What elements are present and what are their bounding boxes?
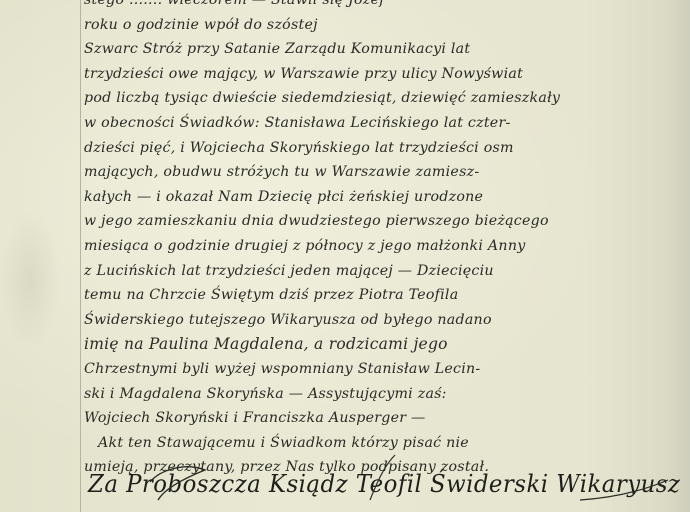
text-line-4: trzydzieści owe mający, w Warszawie przy… bbox=[84, 62, 688, 87]
text-line-7: dzieści pięć, i Wojciecha Skoryńskiego l… bbox=[84, 136, 688, 161]
text-line-5: pod liczbą tysiąc dwieście siedemdziesią… bbox=[84, 86, 688, 111]
text-line-6: w obecności Świadków: Stanisława Lecińsk… bbox=[84, 111, 688, 136]
text-line-12: z Lucińskich lat trzydzieści jeden mając… bbox=[84, 259, 688, 284]
text-line-16: Chrzestnymi byli wyżej wspomniany Stanis… bbox=[84, 357, 688, 382]
text-line-17: ski i Magdalena Skoryńska — Assystującym… bbox=[84, 382, 688, 407]
text-line-2: roku o godzinie wpół do szóstej bbox=[84, 13, 688, 38]
text-line-18: Wojciech Skoryński i Franciszka Ausperge… bbox=[84, 406, 688, 431]
text-line-3: Szwarc Stróż przy Satanie Zarządu Komuni… bbox=[84, 37, 688, 62]
text-line-19: Akt ten Stawającemu i Świadkom którzy pi… bbox=[84, 431, 688, 456]
margin-rule bbox=[80, 0, 81, 512]
text-line-15-child-name: imię na Paulina Magdalena, a rodzicami j… bbox=[84, 332, 688, 357]
text-line-9: kałych — i okazał Nam Dziecię płci żeńsk… bbox=[84, 185, 688, 210]
text-line-10: w jego zamieszkaniu dnia dwudziestego pi… bbox=[84, 209, 688, 234]
text-line-1: stego ....... wieczorem — Stawił się Józ… bbox=[84, 0, 688, 13]
priest-signature: Za Proboszcza Ksiądz Teofil Świderski Wi… bbox=[88, 470, 658, 498]
paper-stain bbox=[0, 210, 60, 350]
text-line-11: miesiąca o godzinie drugiej z północy z … bbox=[84, 234, 688, 259]
text-line-13: temu na Chrzcie Świętym dziś przez Piotr… bbox=[84, 283, 688, 308]
text-line-8: mających, obudwu stróżych tu w Warszawie… bbox=[84, 160, 688, 185]
record-text: stego ....... wieczorem — Stawił się Józ… bbox=[84, 0, 688, 480]
manuscript-page: stego ....... wieczorem — Stawił się Józ… bbox=[0, 0, 690, 512]
text-line-14: Świderskiego tutejszego Wikaryusza od by… bbox=[84, 308, 688, 333]
